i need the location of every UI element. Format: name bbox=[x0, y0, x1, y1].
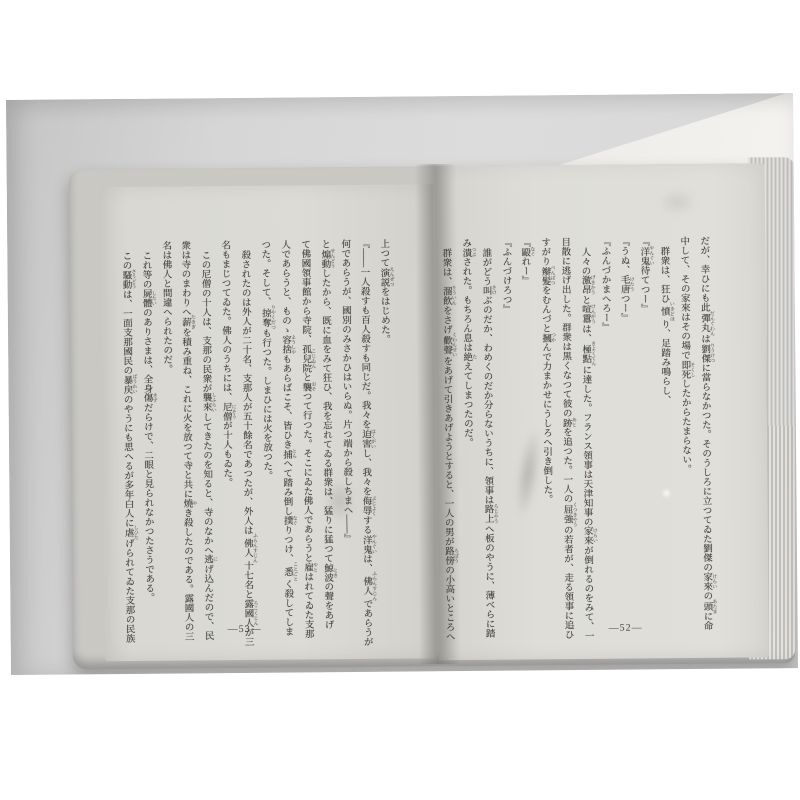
right-page-text: だが、幸ひにも此彈丸だんぐわんは劉傑りうけつに當らなかつた。そのうしろに立つてゐ… bbox=[447, 236, 716, 640]
right-page: だが、幸ひにも此彈丸だんぐわんは劉傑りうけつに當らなかつた。そのうしろに立つてゐ… bbox=[435, 163, 769, 660]
photo-canvas: だが、幸ひにも此彈丸だんぐわんは劉傑りうけつに當らなかつた。そのうしろに立つてゐ… bbox=[0, 0, 800, 800]
right-page-number: —52— bbox=[596, 622, 656, 634]
book-photo: だが、幸ひにも此彈丸だんぐわんは劉傑りうけつに當らなかつた。そのうしろに立つてゐ… bbox=[6, 93, 798, 675]
left-page-number: —53— bbox=[215, 624, 275, 636]
text-column: これ等の屍體したいのありさまは、全身傷きずだらけで、二眼と見られなかつたさうであ… bbox=[135, 241, 159, 643]
text-column: 何であらうが、國別のみさかひはいらぬ。片つ端から殺しちまへ——』 bbox=[334, 239, 357, 641]
text-column: 『ふんづかまへろー』 bbox=[594, 237, 617, 639]
spine-shadow bbox=[415, 164, 461, 664]
text-column: 『ふんづけろつ』 bbox=[495, 238, 518, 640]
text-column: 名は佛人と間違へられたのだ。 bbox=[155, 241, 178, 643]
left-page: 上つて演説えんぜつをはじめた。『——一人殺すも百人殺すも同じだ。我々を迫害はくが… bbox=[101, 184, 437, 661]
left-page-text: 上つて演説えんぜつをはじめた。『——一人殺すも百人殺すも同じだ。我々を迫害はくが… bbox=[127, 239, 396, 643]
text-column: だが、幸ひにも此彈丸だんぐわんは劉傑りうけつに當らなかつた。そのうしろに立つてゐ… bbox=[693, 236, 717, 638]
text-column: 上つて演説えんぜつをはじめた。 bbox=[373, 239, 397, 641]
